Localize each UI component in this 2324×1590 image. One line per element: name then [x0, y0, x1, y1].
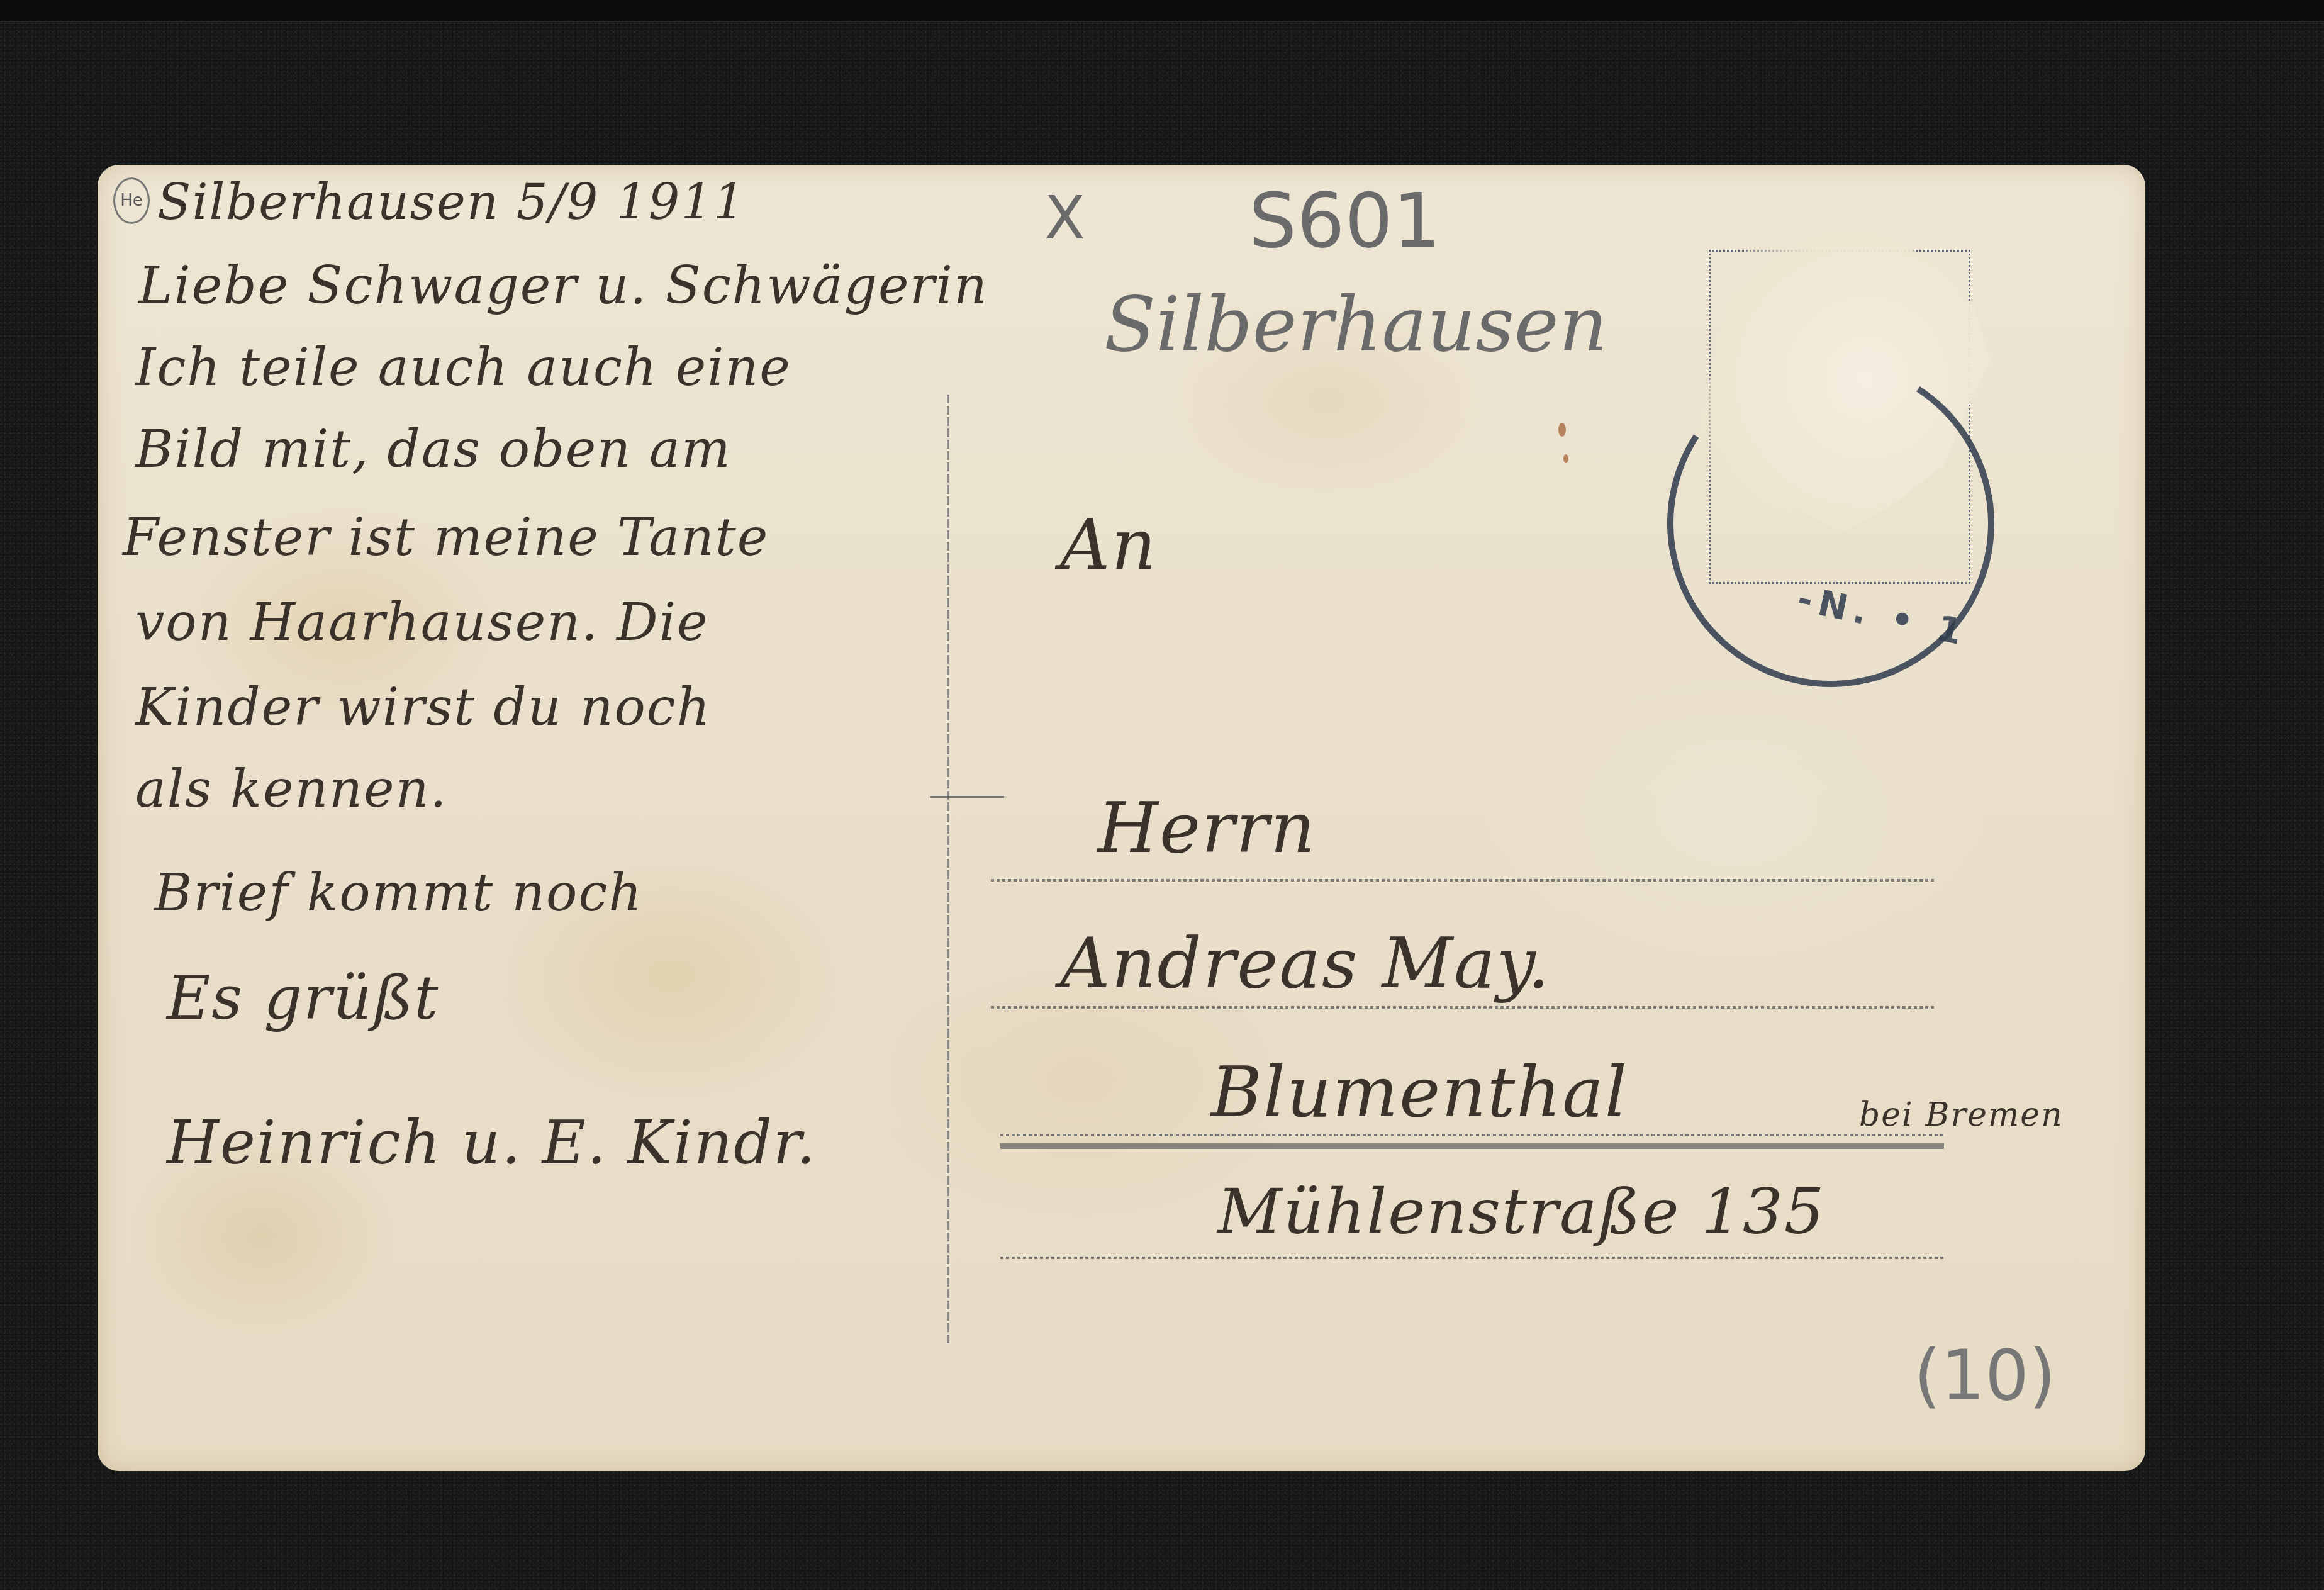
message-line: Kinder wirst du noch: [135, 678, 712, 737]
rust-spot: [1563, 454, 1568, 463]
address-line-2: [991, 1006, 1935, 1009]
address-line-1: [991, 879, 1935, 882]
archive-circle-text: He: [120, 191, 143, 210]
rust-spot: [1558, 423, 1566, 437]
address-line-3: [1000, 1134, 1944, 1136]
pencil-x-mark: X: [1044, 184, 1085, 253]
recipient-name: Andreas May.: [1060, 923, 1551, 1004]
address-line-4: [1000, 1257, 1944, 1259]
postcard: He X S601 Silberhausen (10) Silberhausen…: [98, 165, 2145, 1471]
message-line: Fenster ist meine Tante: [123, 508, 769, 568]
message-line: Bild mit, das oben am: [135, 420, 732, 479]
message-line: Ich teile auch auch eine: [135, 338, 791, 398]
closing-line: Es grüßt: [167, 964, 439, 1033]
center-divider: [947, 395, 949, 1345]
message-line: Brief kommt noch: [154, 863, 643, 923]
scanner-bed-edge: [0, 0, 2324, 22]
recipient-street: Mühlenstraße 135: [1217, 1175, 1825, 1248]
message-line: als kennen.: [135, 759, 448, 819]
address-title: Herrn: [1098, 788, 1316, 868]
recipient-city: Blumenthal: [1211, 1052, 1628, 1133]
message-line: Liebe Schwager u. Schwägerin: [138, 256, 988, 316]
address-salutation: An: [1060, 505, 1157, 585]
lot-number: (10): [1914, 1335, 2056, 1416]
recipient-city-suffix: bei Bremen: [1859, 1096, 2064, 1134]
catalog-number: S601: [1249, 177, 1441, 265]
divider-cross-mark: [930, 796, 1004, 798]
place-date-line: Silberhausen 5/9 1911: [157, 174, 746, 231]
address-line-3-underline: [1000, 1143, 1944, 1149]
signature-line: Heinrich u. E. Kindr.: [167, 1109, 817, 1178]
archive-circle-mark: He: [113, 177, 150, 224]
pencil-place-note: Silberhausen: [1104, 281, 1607, 369]
message-line: von Haarhausen. Die: [135, 593, 709, 652]
